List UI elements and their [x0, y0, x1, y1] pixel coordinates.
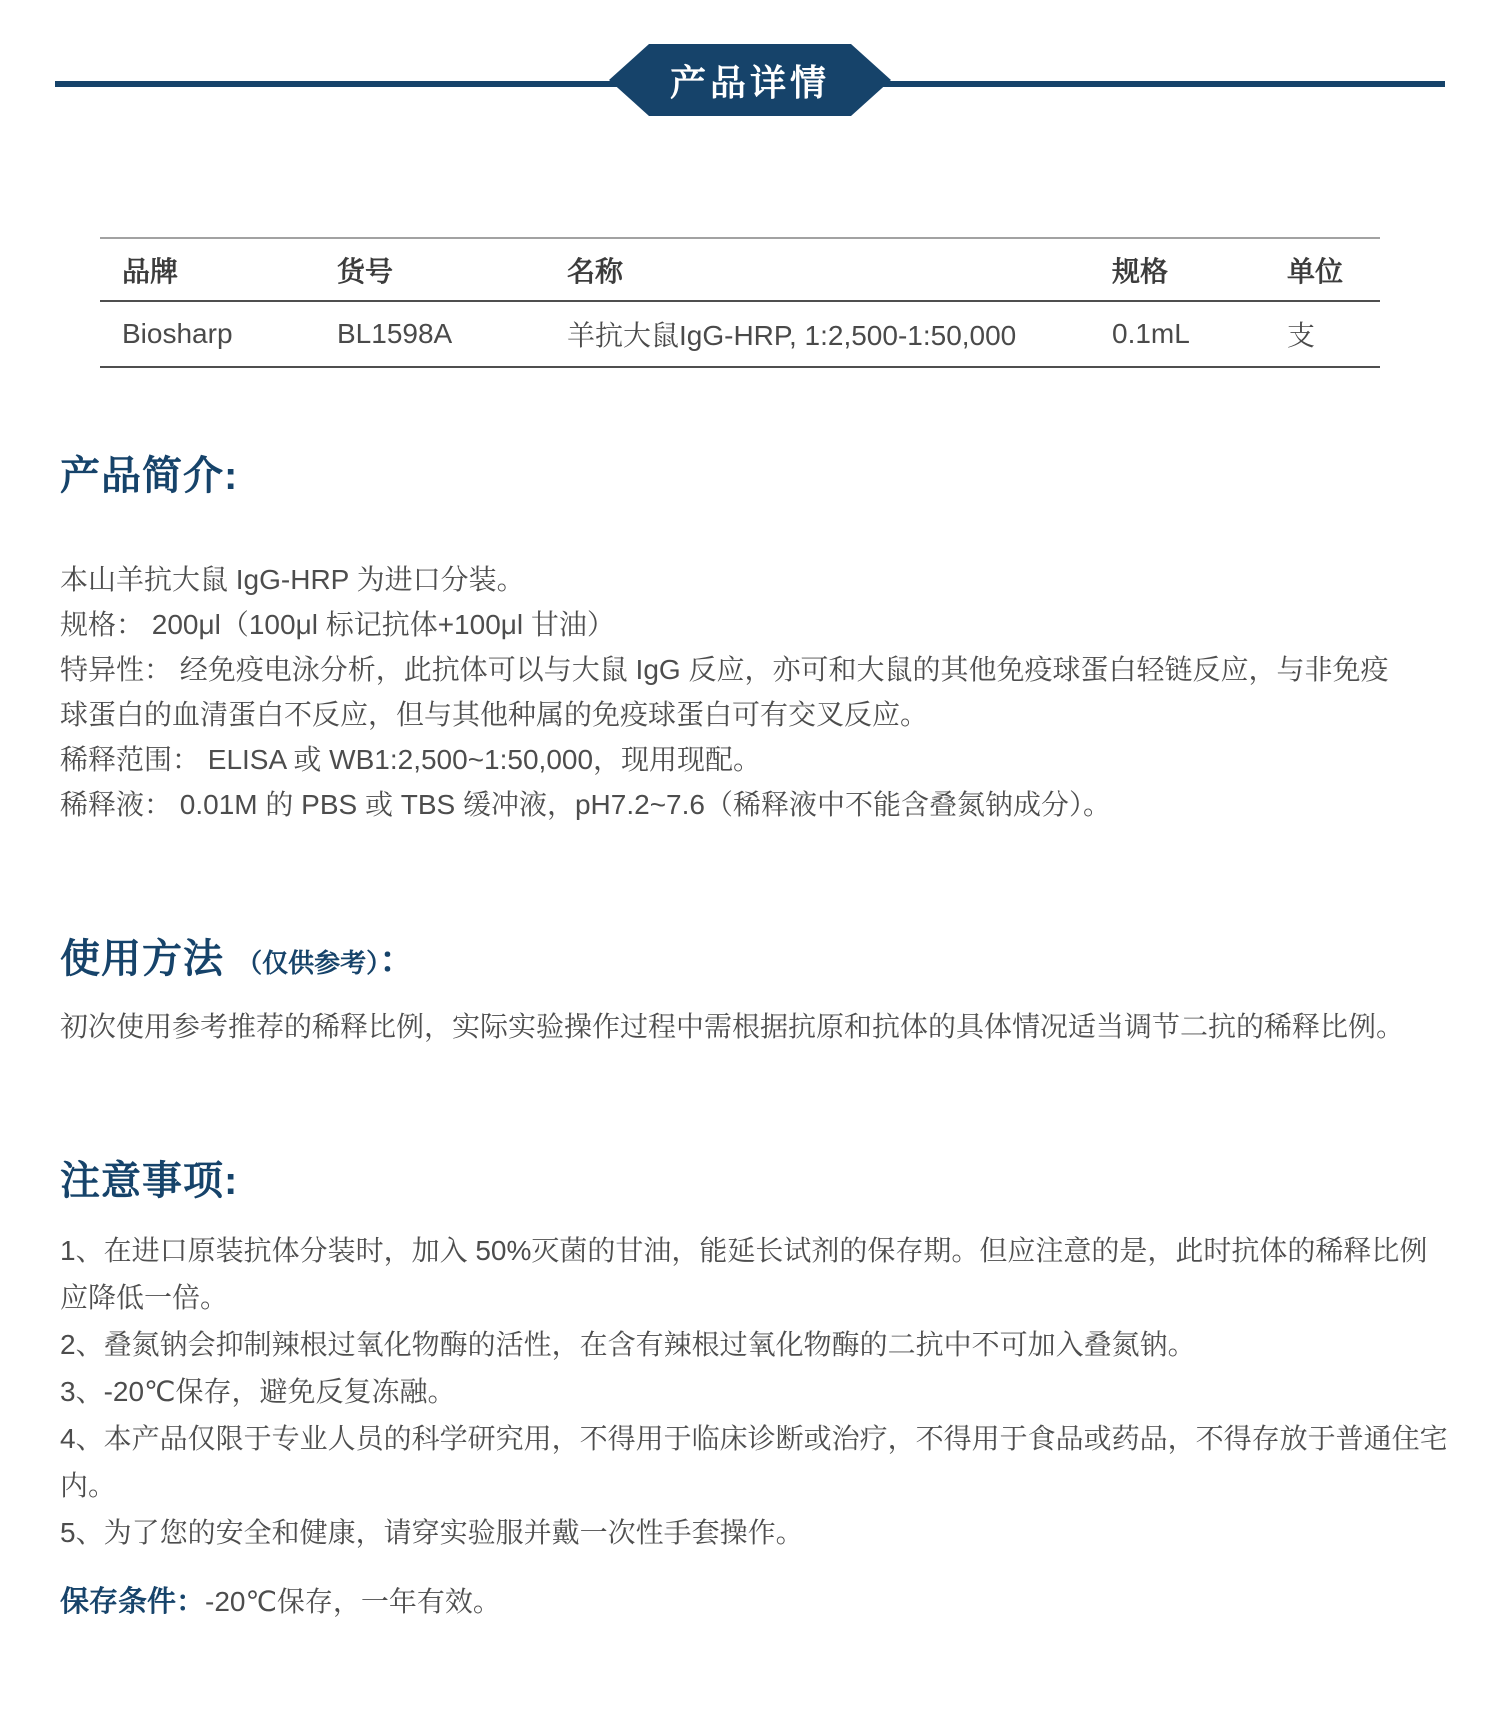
cell-brand: Biosharp	[100, 301, 315, 367]
cell-catalog: BL1598A	[315, 301, 545, 367]
column-header-spec: 规格	[1090, 238, 1265, 301]
column-header-unit: 单位	[1265, 238, 1380, 301]
intro-paragraph: 稀释液： 0.01M 的 PBS 或 TBS 缓冲液，pH7.2~7.6（稀释液…	[60, 782, 1390, 827]
banner-hexagon: 产品详情	[609, 44, 891, 116]
notes-list: 1、在进口原装抗体分装时，加入 50%灭菌的甘油，能延长试剂的保存期。但应注意的…	[60, 1227, 1450, 1556]
column-header-brand: 品牌	[100, 238, 315, 301]
storage-label: 保存条件：	[60, 1586, 205, 1618]
page-title: 产品详情	[670, 55, 830, 106]
usage-section-heading: 使用方法 （仅供参考）：	[60, 933, 416, 989]
usage-body: 初次使用参考推荐的稀释比例，实际实验操作过程中需根据抗原和抗体的具体情况适当调节…	[60, 1004, 1450, 1049]
cell-name: 羊抗大鼠IgG-HRP, 1:2,500-1:50,000	[545, 301, 1090, 367]
table-header-row: 品牌 货号 名称 规格 单位	[100, 238, 1380, 301]
product-table: 品牌 货号 名称 规格 单位 Biosharp BL1598A 羊抗大鼠IgG-…	[100, 237, 1380, 368]
intro-paragraph: 特异性： 经免疫电泳分析，此抗体可以与大鼠 IgG 反应，亦可和大鼠的其他免疫球…	[60, 647, 1390, 737]
cell-unit: 支	[1265, 301, 1380, 367]
usage-heading-note: （仅供参考）	[236, 948, 379, 978]
usage-paragraph: 初次使用参考推荐的稀释比例，实际实验操作过程中需根据抗原和抗体的具体情况适当调节…	[60, 1004, 1450, 1049]
table-row: Biosharp BL1598A 羊抗大鼠IgG-HRP, 1:2,500-1:…	[100, 301, 1380, 367]
storage-value: -20℃保存，一年有效。	[205, 1586, 501, 1617]
page-banner: 产品详情	[0, 0, 1500, 160]
note-item: 3、-20℃保存，避免反复冻融。	[60, 1368, 1450, 1415]
note-item: 2、叠氮钠会抑制辣根过氧化物酶的活性，在含有辣根过氧化物酶的二抗中不可加入叠氮钠…	[60, 1321, 1450, 1368]
usage-heading-main: 使用方法	[60, 937, 224, 981]
intro-paragraph: 本山羊抗大鼠 IgG-HRP 为进口分装。	[60, 557, 1390, 602]
intro-paragraph: 规格： 200μl（100μl 标记抗体+100μl 甘油）	[60, 602, 1390, 647]
column-header-name: 名称	[545, 238, 1090, 301]
notes-section-heading: 注意事项:	[60, 1155, 238, 1207]
cell-spec: 0.1mL	[1090, 301, 1265, 367]
usage-heading-colon: ：	[379, 939, 416, 980]
note-item: 1、在进口原装抗体分装时，加入 50%灭菌的甘油，能延长试剂的保存期。但应注意的…	[60, 1227, 1450, 1321]
note-item: 4、本产品仅限于专业人员的科学研究用，不得用于临床诊断或治疗，不得用于食品或药品…	[60, 1415, 1450, 1509]
intro-body: 本山羊抗大鼠 IgG-HRP 为进口分装。 规格： 200μl（100μl 标记…	[60, 557, 1390, 827]
intro-section-heading: 产品简介:	[60, 450, 238, 502]
note-item: 5、为了您的安全和健康，请穿实验服并戴一次性手套操作。	[60, 1509, 1450, 1556]
storage-condition-line: 保存条件：-20℃保存，一年有效。	[60, 1582, 501, 1622]
column-header-catalog: 货号	[315, 238, 545, 301]
intro-paragraph: 稀释范围： ELISA 或 WB1:2,500~1:50,000，现用现配。	[60, 737, 1390, 782]
